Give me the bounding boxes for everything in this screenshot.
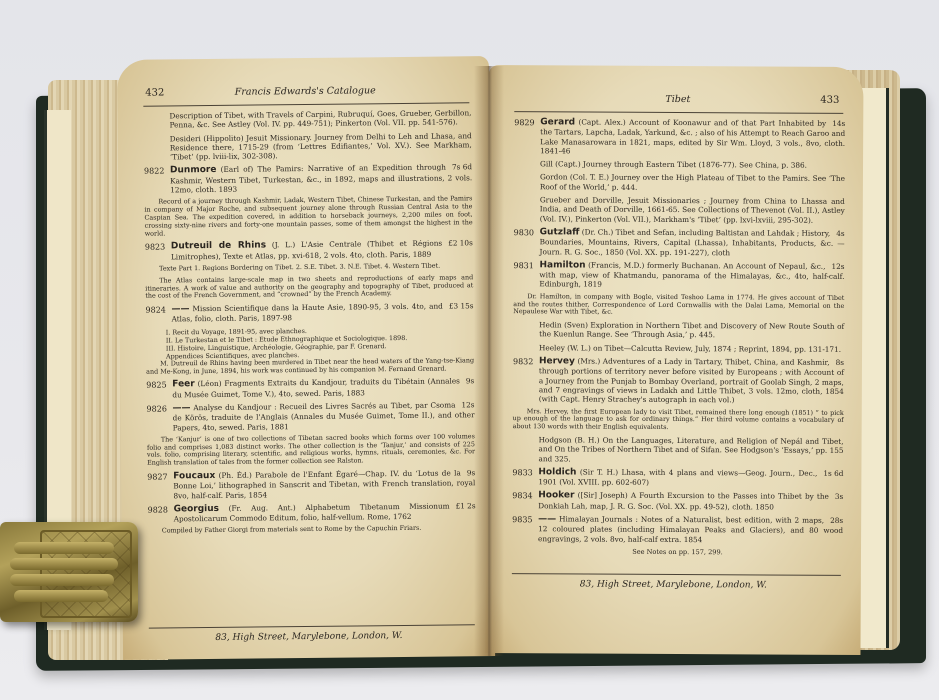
lot-number: 9832 (513, 357, 533, 366)
price: 14s (832, 119, 845, 128)
entry-text: (Capt. Alex.) Account of Koonawur and of… (540, 117, 845, 155)
right-page-number: 433 (820, 95, 839, 106)
author-name: Dunmore (170, 165, 216, 175)
book-gutter (474, 66, 504, 656)
entry-text: (Ph. Éd.) Parabole de l'Enfant Égaré—Cha… (173, 468, 475, 500)
entry-text: (Sir T. H.) Lhasa, with 4 plans and view… (538, 467, 817, 487)
price: 7s 6d (452, 163, 472, 173)
lot-number: 9822 (144, 167, 164, 177)
cross-reference: Gill (Capt.) Journey through Eastern Tib… (514, 159, 845, 170)
entry-note: Record of a journey through Kashmir, Lad… (144, 196, 472, 238)
catalogue-entry: 9823£2 10sDutreuil de Rhins (J. L.) L'As… (145, 239, 473, 262)
author-name: Georgius (174, 504, 220, 514)
lot-number: 9827 (147, 472, 167, 482)
lot-number: 9829 (514, 118, 534, 127)
left-page-footer: 83, High Street, Marylebone, London, W. (123, 630, 495, 644)
see-notes: See Notes on pp. 157, 299. (512, 547, 843, 558)
cross-reference: Hedin (Sven) Exploration in Northern Tib… (513, 320, 844, 340)
entry-text: (Dr. Ch.) Tibet and Sefan, including Bal… (540, 227, 845, 256)
price: £1 2s (456, 501, 476, 511)
author-name: —— (538, 514, 556, 524)
author-name: Dutreuil de Rhins (171, 241, 266, 252)
entry-note: Texte Part 1. Regions Bordering on Tibet… (145, 262, 473, 273)
entry-note: The Atlas contains large-scale map in tw… (145, 274, 473, 301)
catalogue-entry: 98279sFoucaux (Ph. Éd.) Parabole de l'En… (147, 468, 475, 500)
author-name: —— (171, 304, 189, 314)
right-running-title: Tibet (516, 93, 839, 106)
catalogue-entry: 98304sGutzlaff (Dr. Ch.) Tibet and Sefan… (514, 227, 845, 258)
catalogue-entry: 98331s 6dHoldich (Sir T. H.) Lhasa, with… (512, 467, 843, 488)
price: 1s 6d (823, 469, 843, 478)
lot-number: 9828 (148, 505, 168, 515)
cross-reference: Grueber and Dorville, Jesuit Missionarie… (514, 195, 845, 225)
price: 28s (830, 516, 843, 525)
catalogue-entry: 983112sHamilton (Francis, M.D.) formerly… (513, 260, 844, 291)
price: 3s (835, 492, 843, 501)
clip-finger (10, 558, 118, 570)
catalogue-entry: 98227s 6dDunmore (Earl of) The Pamirs: N… (144, 163, 472, 195)
entry-text: (Léon) Fragments Extraits du Kandjour, t… (172, 377, 460, 399)
left-running-title: Francis Edwards's Catalogue (145, 84, 465, 98)
author-name: Gerard (540, 117, 575, 127)
entry-note: Mrs. Hervey, the first European lady to … (513, 408, 844, 433)
entry-note: Compiled by Father Giorgi from materials… (148, 525, 476, 536)
catalogue-entry: 98328sHervey (Mrs.) Adventures of a Lady… (513, 356, 844, 405)
catalogue-entry: 9824£3 15s—— Mission Scientifique dans l… (145, 301, 473, 324)
entry-note: Dr. Hamilton, in company with Bogle, vis… (513, 293, 844, 318)
clip-finger (10, 574, 114, 586)
catalogue-entry: 98343sHooker ([Sir] Joseph) A Fourth Exc… (512, 491, 843, 512)
cross-reference: Heeley (W. L.) on Tibet—Calcutta Review,… (513, 343, 844, 354)
entry-text: (Francis, M.D.) formerly Buchanan. An Ac… (539, 260, 844, 289)
right-page-edge (860, 88, 889, 648)
clip-finger (14, 542, 114, 554)
entry-note: M. Dutreuil de Rhins having been murdere… (146, 357, 474, 376)
lot-number: 9833 (512, 468, 532, 477)
lot-number: 9826 (146, 404, 166, 414)
lot-number: 9825 (146, 381, 166, 391)
catalogue-entry: 983528s—— Himalayan Journals : Notes of … (512, 514, 843, 545)
cross-reference: Gordon (Col. T. E.) Journey over the Hig… (514, 173, 845, 193)
lot-number: 9831 (513, 261, 533, 270)
entry-text: Analyse du Kandjour : Recueil des Livres… (173, 400, 475, 432)
left-page: 432 Francis Edwards's Catalogue Descript… (117, 56, 495, 660)
price: £2 10s (448, 239, 473, 249)
author-name: Hooker (538, 491, 574, 501)
footer-rule (512, 573, 841, 576)
price: 4s (836, 229, 844, 238)
author-name: Holdich (538, 467, 576, 477)
author-name: Hervey (539, 356, 575, 366)
footer-rule (149, 624, 475, 628)
lot-number: 9823 (145, 243, 165, 253)
author-name: Feer (172, 379, 195, 389)
entry-text: (Mrs.) Adventures of a Lady in Tartary, … (539, 357, 844, 405)
left-page-body: Description of Tibet, with Travels of Ca… (143, 108, 475, 540)
price: 12s (461, 400, 474, 409)
brass-hand-clip (0, 522, 138, 622)
right-running-head: Tibet 433 (516, 93, 839, 111)
left-running-head: 432 Francis Edwards's Catalogue (145, 84, 465, 103)
author-name: —— (172, 403, 190, 413)
price: £3 15s (449, 301, 474, 311)
header-rule (514, 111, 843, 114)
entry-text: (Earl of) The Pamirs: Narrative of an Ex… (170, 163, 472, 194)
lot-number: 9835 (512, 515, 532, 524)
entry-text: Himalayan Journals : Notes of a Naturali… (538, 514, 843, 543)
cross-reference: Hodgson (B. H.) On the Languages, Litera… (512, 435, 843, 465)
author-name: Foucaux (173, 471, 215, 481)
entry-text: ([Sir] Joseph) A Fourth Excursion to the… (538, 491, 829, 511)
lot-number: 9824 (145, 306, 165, 316)
right-page-footer: 83, High Street, Marylebone, London, W. (486, 579, 861, 591)
catalogue-entry: 9828£1 2sGeorgius (Fr. Aug. Ant.) Alphab… (148, 501, 476, 524)
photo-scene: 432 Francis Edwards's Catalogue Descript… (0, 0, 939, 700)
lot-number: 9830 (514, 228, 534, 237)
right-page: Tibet 433 982914sGerard (Capt. Alex.) Ac… (485, 65, 863, 655)
lot-number: 9834 (512, 492, 532, 501)
cross-reference: Description of Tibet, with Travels of Ca… (143, 108, 471, 130)
catalogue-entry: 98259sFeer (Léon) Fragments Extraits du … (146, 377, 474, 400)
right-page-body: 982914sGerard (Capt. Alex.) Account of K… (512, 117, 845, 562)
entry-note: The ‘Kanjur’ is one of two collections o… (147, 433, 475, 468)
cross-reference: Desideri (Hippolito) Jesuit Missionary. … (144, 131, 472, 162)
price: 8s (836, 358, 844, 367)
contents-list: I. Recit du Voyage, 1891-95, avec planch… (146, 325, 474, 360)
author-name: Gutzlaff (540, 227, 580, 237)
catalogue-entry: 982612s—— Analyse du Kandjour : Recueil … (146, 400, 474, 432)
price: 12s (831, 262, 844, 271)
entry-text: Mission Scientifique dans la Haute Asie,… (172, 302, 443, 324)
author-name: Hamilton (539, 260, 585, 270)
catalogue-entry: 982914sGerard (Capt. Alex.) Account of K… (514, 117, 845, 157)
clip-finger (14, 590, 108, 602)
